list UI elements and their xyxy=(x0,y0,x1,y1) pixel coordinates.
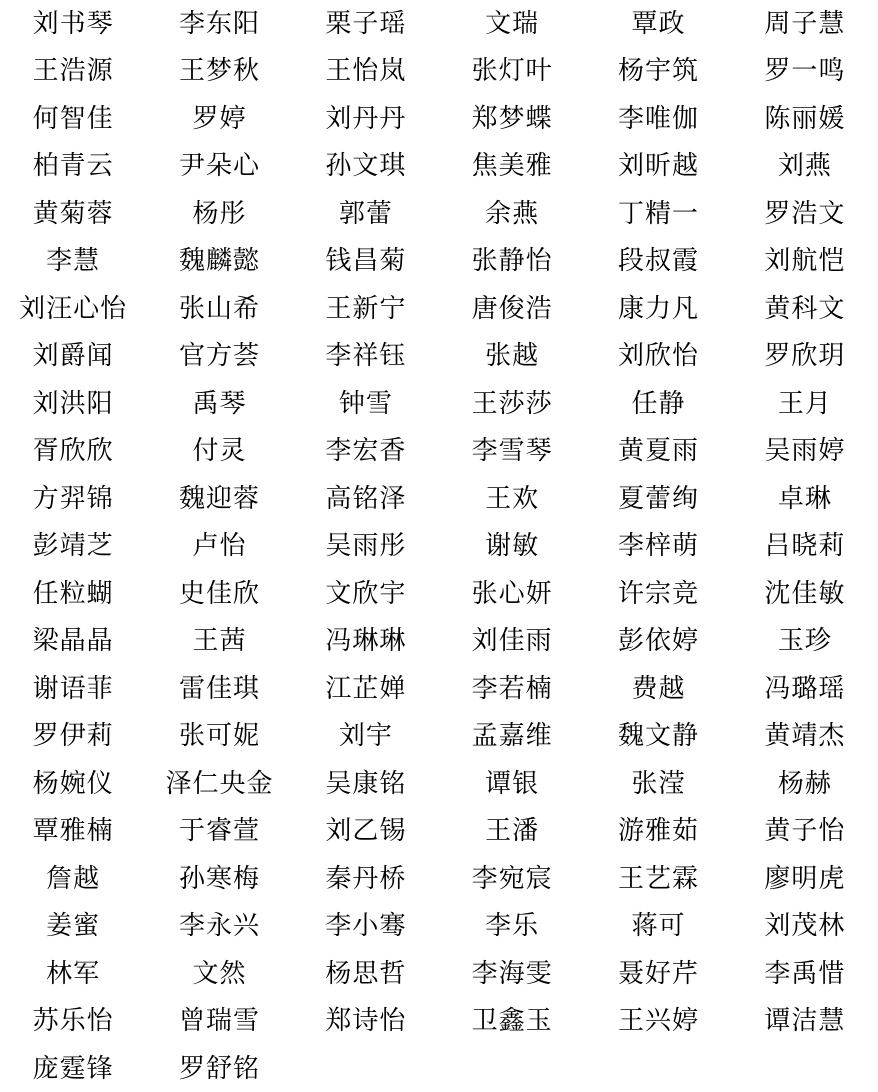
name-cell: 曾瑞雪 xyxy=(146,998,292,1046)
name-cell: 卫鑫玉 xyxy=(439,998,585,1046)
name-cell: 冯璐瑶 xyxy=(732,665,878,713)
name-cell: 谢语菲 xyxy=(0,665,146,713)
name-cell: 任静 xyxy=(585,380,731,428)
name-cell: 谭银 xyxy=(439,760,585,808)
name-cell: 李梓萌 xyxy=(585,523,731,571)
name-cell: 吕晓莉 xyxy=(732,523,878,571)
name-cell: 李唯伽 xyxy=(585,95,731,143)
name-cell: 柏青云 xyxy=(0,143,146,191)
name-cell: 郑诗怡 xyxy=(293,998,439,1046)
name-cell: 王新宁 xyxy=(293,285,439,333)
name-cell: 王欢 xyxy=(439,475,585,523)
name-cell: 游雅茹 xyxy=(585,808,731,856)
name-cell: 文然 xyxy=(146,950,292,998)
name-cell: 黄夏雨 xyxy=(585,428,731,476)
name-cell: 郭蕾 xyxy=(293,190,439,238)
name-cell: 杨宇筑 xyxy=(585,48,731,96)
name-cell: 张越 xyxy=(439,333,585,381)
name-cell: 李海雯 xyxy=(439,950,585,998)
name-cell: 李宏香 xyxy=(293,428,439,476)
name-cell: 王浩源 xyxy=(0,48,146,96)
name-cell: 雷佳琪 xyxy=(146,665,292,713)
name-cell: 何智佳 xyxy=(0,95,146,143)
name-cell: 杨彤 xyxy=(146,190,292,238)
name-cell: 余燕 xyxy=(439,190,585,238)
name-cell: 付灵 xyxy=(146,428,292,476)
name-cell: 刘茂林 xyxy=(732,903,878,951)
name-cell: 刘洪阳 xyxy=(0,380,146,428)
name-cell: 卓琳 xyxy=(732,475,878,523)
name-cell: 官方荟 xyxy=(146,333,292,381)
name-cell: 王艺霖 xyxy=(585,855,731,903)
name-cell: 刘佳雨 xyxy=(439,618,585,666)
name-cell: 刘爵闻 xyxy=(0,333,146,381)
name-cell: 廖明虎 xyxy=(732,855,878,903)
name-cell: 黄子怡 xyxy=(732,808,878,856)
name-cell: 罗一鸣 xyxy=(732,48,878,96)
name-cell: 李宛宸 xyxy=(439,855,585,903)
name-cell: 文瑞 xyxy=(439,0,585,48)
name-cell: 罗欣玥 xyxy=(732,333,878,381)
name-cell: 魏文静 xyxy=(585,713,731,761)
name-cell: 王茜 xyxy=(146,618,292,666)
name-cell: 江芷婵 xyxy=(293,665,439,713)
name-cell: 李东阳 xyxy=(146,0,292,48)
name-cell: 张可妮 xyxy=(146,713,292,761)
name-cell: 蒋可 xyxy=(585,903,731,951)
name-cell: 孟嘉维 xyxy=(439,713,585,761)
name-cell: 杨思哲 xyxy=(293,950,439,998)
name-cell: 刘航恺 xyxy=(732,238,878,286)
name-cell: 吴雨彤 xyxy=(293,523,439,571)
name-cell: 彭依婷 xyxy=(585,618,731,666)
name-cell: 聂好芹 xyxy=(585,950,731,998)
name-cell: 泽仁央金 xyxy=(146,760,292,808)
name-cell: 丁精一 xyxy=(585,190,731,238)
name-cell: 玉珍 xyxy=(732,618,878,666)
name-cell: 李禹惜 xyxy=(732,950,878,998)
name-cell: 冯琳琳 xyxy=(293,618,439,666)
name-cell: 黄菊蓉 xyxy=(0,190,146,238)
name-cell: 高铭泽 xyxy=(293,475,439,523)
name-cell: 夏蕾绚 xyxy=(585,475,731,523)
name-cell: 黄科文 xyxy=(732,285,878,333)
name-cell: 覃雅楠 xyxy=(0,808,146,856)
name-cell: 张静怡 xyxy=(439,238,585,286)
name-cell: 魏麟懿 xyxy=(146,238,292,286)
name-cell: 刘燕 xyxy=(732,143,878,191)
name-cell: 梁晶晶 xyxy=(0,618,146,666)
name-cell: 沈佳敏 xyxy=(732,570,878,618)
name-cell: 孙寒梅 xyxy=(146,855,292,903)
name-cell: 覃政 xyxy=(585,0,731,48)
name-cell: 庞霆锋 xyxy=(0,1045,146,1092)
name-cell: 王莎莎 xyxy=(439,380,585,428)
name-cell: 杨婉仪 xyxy=(0,760,146,808)
name-cell: 费越 xyxy=(585,665,731,713)
name-cell: 刘书琴 xyxy=(0,0,146,48)
name-cell: 康力凡 xyxy=(585,285,731,333)
names-grid: 刘书琴李东阳栗子瑶文瑞覃政周子慧王浩源王梦秋王怡岚张灯叶杨宇筑罗一鸣何智佳罗婷刘… xyxy=(0,0,878,1092)
name-cell: 姜蜜 xyxy=(0,903,146,951)
name-cell: 于睿萱 xyxy=(146,808,292,856)
name-cell: 刘宇 xyxy=(293,713,439,761)
name-cell: 郑梦蝶 xyxy=(439,95,585,143)
name-cell: 任粒蝴 xyxy=(0,570,146,618)
name-cell: 焦美雅 xyxy=(439,143,585,191)
name-cell: 史佳欣 xyxy=(146,570,292,618)
name-cell: 段叔霞 xyxy=(585,238,731,286)
name-cell: 罗舒铭 xyxy=(146,1045,292,1092)
name-cell: 王梦秋 xyxy=(146,48,292,96)
name-cell: 杨赫 xyxy=(732,760,878,808)
name-cell: 张山希 xyxy=(146,285,292,333)
name-cell: 刘丹丹 xyxy=(293,95,439,143)
name-cell: 罗浩文 xyxy=(732,190,878,238)
name-cell: 彭靖芝 xyxy=(0,523,146,571)
name-cell: 谢敏 xyxy=(439,523,585,571)
document-page: 刘书琴李东阳栗子瑶文瑞覃政周子慧王浩源王梦秋王怡岚张灯叶杨宇筑罗一鸣何智佳罗婷刘… xyxy=(0,0,878,1092)
name-cell: 尹朵心 xyxy=(146,143,292,191)
name-cell: 苏乐怡 xyxy=(0,998,146,1046)
name-cell: 方羿锦 xyxy=(0,475,146,523)
name-cell: 魏迎蓉 xyxy=(146,475,292,523)
name-cell: 许宗竞 xyxy=(585,570,731,618)
name-cell: 吴康铭 xyxy=(293,760,439,808)
name-cell: 王潘 xyxy=(439,808,585,856)
name-cell: 张灯叶 xyxy=(439,48,585,96)
name-cell: 谭洁慧 xyxy=(732,998,878,1046)
name-cell: 李慧 xyxy=(0,238,146,286)
name-cell: 罗婷 xyxy=(146,95,292,143)
name-cell: 胥欣欣 xyxy=(0,428,146,476)
name-cell: 王兴婷 xyxy=(585,998,731,1046)
name-cell: 李永兴 xyxy=(146,903,292,951)
name-cell: 刘昕越 xyxy=(585,143,731,191)
name-cell: 卢怡 xyxy=(146,523,292,571)
name-cell: 李祥钰 xyxy=(293,333,439,381)
name-cell: 李雪琴 xyxy=(439,428,585,476)
name-cell: 孙文琪 xyxy=(293,143,439,191)
name-cell: 张心妍 xyxy=(439,570,585,618)
name-cell: 唐俊浩 xyxy=(439,285,585,333)
name-cell: 罗伊莉 xyxy=(0,713,146,761)
name-cell: 栗子瑶 xyxy=(293,0,439,48)
name-cell: 王月 xyxy=(732,380,878,428)
name-cell: 钟雪 xyxy=(293,380,439,428)
name-cell: 吴雨婷 xyxy=(732,428,878,476)
name-cell: 钱昌菊 xyxy=(293,238,439,286)
name-cell: 陈丽媛 xyxy=(732,95,878,143)
name-cell: 张滢 xyxy=(585,760,731,808)
name-cell: 詹越 xyxy=(0,855,146,903)
name-cell: 李小骞 xyxy=(293,903,439,951)
name-cell: 李若楠 xyxy=(439,665,585,713)
name-cell: 禹琴 xyxy=(146,380,292,428)
name-cell: 刘乙锡 xyxy=(293,808,439,856)
name-cell: 文欣宇 xyxy=(293,570,439,618)
name-cell: 刘欣怡 xyxy=(585,333,731,381)
name-cell: 李乐 xyxy=(439,903,585,951)
name-cell: 林军 xyxy=(0,950,146,998)
name-cell: 秦丹桥 xyxy=(293,855,439,903)
name-cell: 刘汪心怡 xyxy=(0,285,146,333)
name-cell: 周子慧 xyxy=(732,0,878,48)
name-cell: 王怡岚 xyxy=(293,48,439,96)
name-cell: 黄靖杰 xyxy=(732,713,878,761)
